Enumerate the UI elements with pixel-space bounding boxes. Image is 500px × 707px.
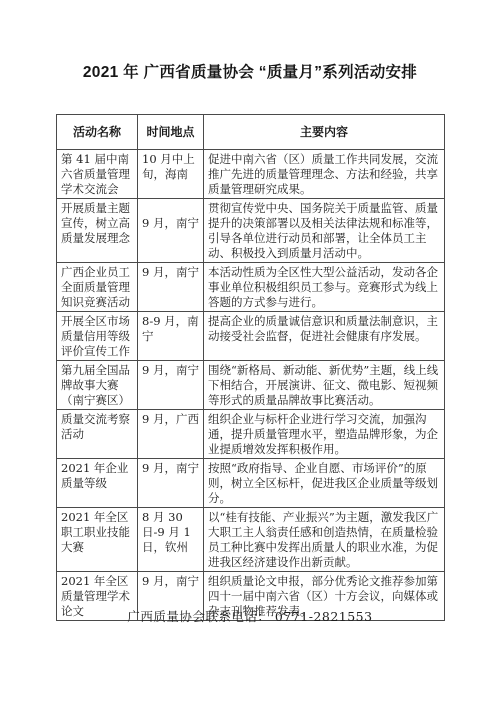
activity-name-cell: 广西企业员工全面质量管理知识竞赛活动 bbox=[57, 263, 138, 312]
time-place-cell: 9 月，南宁 bbox=[138, 361, 204, 410]
activity-name-cell: 第 41 届中南六省质量管理学术交流会 bbox=[57, 150, 138, 199]
time-place-cell: 8-9 月，南宁 bbox=[138, 312, 204, 361]
main-content-cell: 围绕“新格局、新动能、新优势”主题，线上线下相结合，开展演讲、征文、微电影、短视… bbox=[204, 361, 445, 410]
header-time-place: 时间地点 bbox=[138, 115, 204, 150]
activity-name-cell: 开展全区市场质量信用等级评价宣传工作 bbox=[57, 312, 138, 361]
table-row: 开展全区市场质量信用等级评价宣传工作 8-9 月，南宁 提高企业的质量诚信意识和… bbox=[57, 312, 445, 361]
table-row: 2021 年企业质量等级 9 月，南宁 按照“政府指导、企业自愿、市场评价”的原… bbox=[57, 459, 445, 508]
table-row: 第九届全国品牌故事大赛（南宁赛区） 9 月，南宁 围绕“新格局、新动能、新优势”… bbox=[57, 361, 445, 410]
main-content-cell: 促进中南六省（区）质量工作共同发展，交流推广先进的质量管理理念、方法和经验，共享… bbox=[204, 150, 445, 199]
table-row: 第 41 届中南六省质量管理学术交流会 10 月中上旬，海南 促进中南六省（区）… bbox=[57, 150, 445, 199]
main-content-cell: 贯彻宣传党中央、国务院关于质量监管、质量提升的决策部署以及相关法律法规和标准等，… bbox=[204, 199, 445, 263]
activity-name-cell: 质量交流考察活动 bbox=[57, 410, 138, 459]
main-content-cell: 组织企业与标杆企业进行学习交流，加强沟通，提升质量管理水平，塑造品牌形象，为企业… bbox=[204, 410, 445, 459]
time-place-cell: 9 月，广西 bbox=[138, 410, 204, 459]
activity-name-cell: 开展质量主题宣传，树立高质量发展理念 bbox=[57, 199, 138, 263]
main-content-cell: 本活动性质为全区性大型公益活动，发动各企事业单位积极组织员工参与。竞赛形式为线上… bbox=[204, 263, 445, 312]
activity-name-cell: 第九届全国品牌故事大赛（南宁赛区） bbox=[57, 361, 138, 410]
header-activity-name: 活动名称 bbox=[57, 115, 138, 150]
page-title: 2021 年 广西省质量协会 “质量月”系列活动安排 bbox=[0, 60, 500, 82]
time-place-cell: 8 月 30 日-9 月 1 日，钦州 bbox=[138, 508, 204, 572]
time-place-cell: 10 月中上旬，海南 bbox=[138, 150, 204, 199]
main-content-cell: 按照“政府指导、企业自愿、市场评价”的原则，树立全区标杆，促进我区企业质量等级划… bbox=[204, 459, 445, 508]
time-place-cell: 9 月，南宁 bbox=[138, 459, 204, 508]
activity-name-cell: 2021 年企业质量等级 bbox=[57, 459, 138, 508]
contact-phone-line: 广西质量协会联系电话： 0771-2821553 bbox=[0, 607, 500, 625]
table-row: 广西企业员工全面质量管理知识竞赛活动 9 月，南宁 本活动性质为全区性大型公益活… bbox=[57, 263, 445, 312]
document-page: 2021 年 广西省质量协会 “质量月”系列活动安排 活动名称 时间地点 主要内… bbox=[0, 0, 500, 707]
table-row: 开展质量主题宣传，树立高质量发展理念 9 月，南宁 贯彻宣传党中央、国务院关于质… bbox=[57, 199, 445, 263]
activities-table: 活动名称 时间地点 主要内容 第 41 届中南六省质量管理学术交流会 10 月中… bbox=[56, 114, 445, 621]
table-row: 2021 年全区职工职业技能大赛 8 月 30 日-9 月 1 日，钦州 以“桂… bbox=[57, 508, 445, 572]
main-content-cell: 提高企业的质量诚信意识和质量法制意识，主动接受社会监督，促进社会健康有序发展。 bbox=[204, 312, 445, 361]
main-content-cell: 以“桂有技能、产业振兴”为主题，激发我区广大职工主人翁责任感和创造热情，在质量检… bbox=[204, 508, 445, 572]
header-main-content: 主要内容 bbox=[204, 115, 445, 150]
table-row: 质量交流考察活动 9 月，广西 组织企业与标杆企业进行学习交流，加强沟通，提升质… bbox=[57, 410, 445, 459]
time-place-cell: 9 月，南宁 bbox=[138, 263, 204, 312]
table-header-row: 活动名称 时间地点 主要内容 bbox=[57, 115, 445, 150]
time-place-cell: 9 月，南宁 bbox=[138, 199, 204, 263]
activity-name-cell: 2021 年全区职工职业技能大赛 bbox=[57, 508, 138, 572]
